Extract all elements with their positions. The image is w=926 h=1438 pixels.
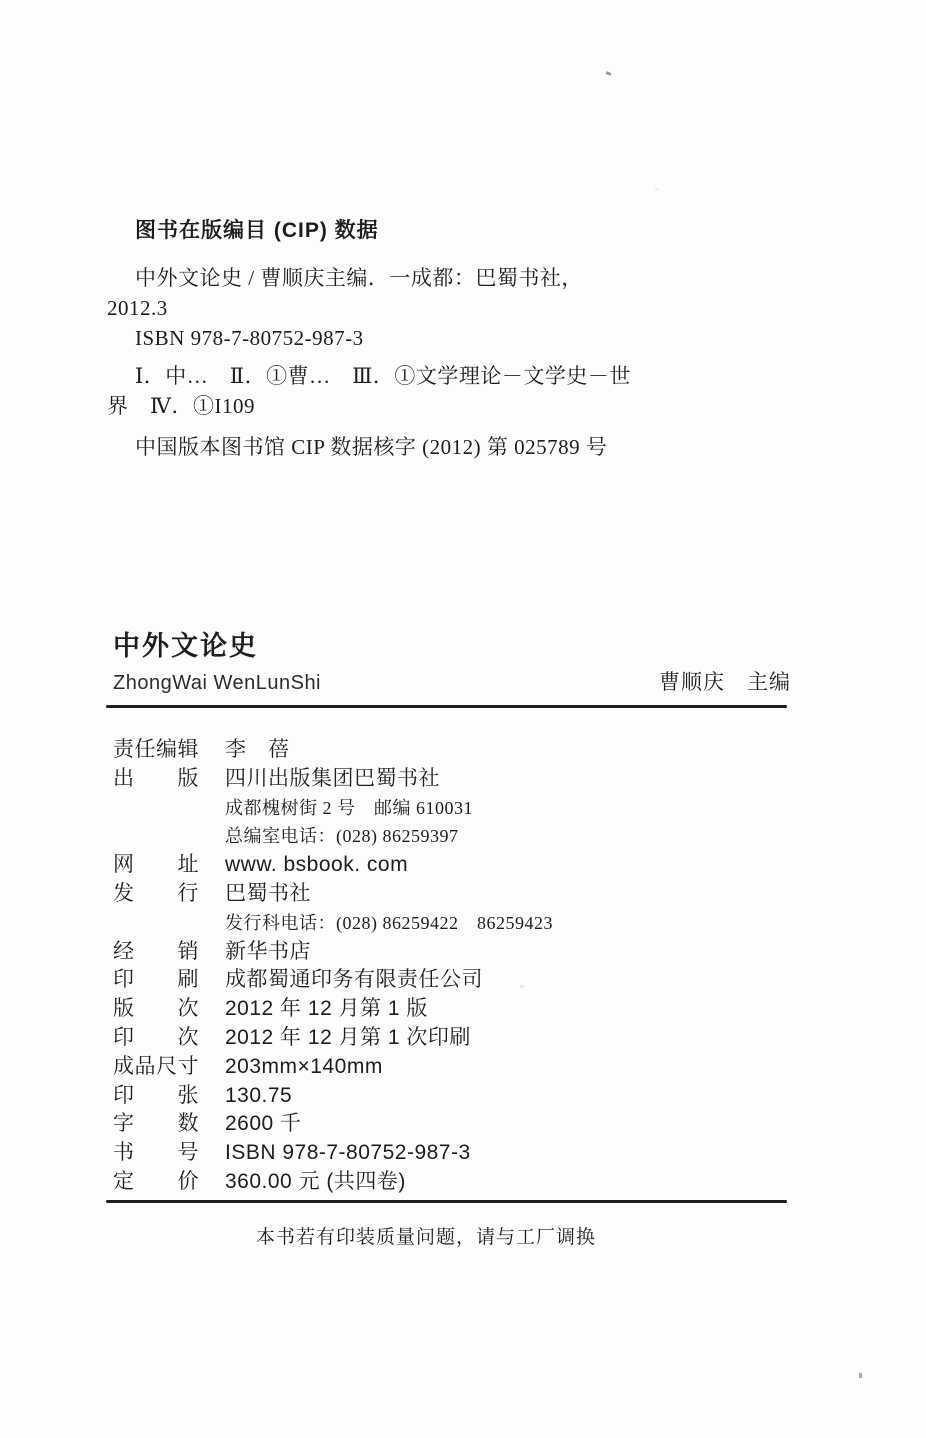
colophon-value: 130.75 <box>225 1084 292 1107</box>
colophon-row: 定 价360.00 元 (共四卷) <box>113 1168 791 1197</box>
colophon-rows: 责任编辑李 蓓出 版四川出版集团巴蜀书社成都槐树街 2 号 邮编 610031总… <box>113 736 791 1197</box>
colophon-value: 成都蜀通印务有限责任公司 <box>225 968 483 991</box>
scan-speck <box>520 985 524 988</box>
colophon-label: 网 址 <box>113 851 205 880</box>
colophon-label: 印 刷 <box>113 966 205 995</box>
scan-speck <box>859 1373 862 1378</box>
colophon-row: 印 次2012 年 12 月第 1 次印刷 <box>113 1024 791 1053</box>
colophon-value: ISBN 978-7-80752-987-3 <box>225 1141 471 1164</box>
colophon-label: 字 数 <box>113 1110 205 1139</box>
colophon-label: 成品尺寸 <box>113 1053 205 1082</box>
divider-rule-top <box>106 705 787 708</box>
colophon-row: 书 号ISBN 978-7-80752-987-3 <box>113 1139 791 1168</box>
colophon-subrow: 发行科电话：(028) 86259422 86259423 <box>113 909 791 938</box>
scan-speck <box>606 71 612 76</box>
colophon-row: 发 行巴蜀书社 <box>113 880 791 909</box>
colophon-value: 新华书店 <box>225 940 311 963</box>
colophon-subrow: 成都槐树街 2 号 邮编 610031 <box>113 794 791 823</box>
colophon-row: 网 址www. bsbook. com <box>113 851 791 880</box>
colophon-row: 印 刷成都蜀通印务有限责任公司 <box>113 966 791 995</box>
colophon-row: 成品尺寸203mm×140mm <box>113 1053 791 1082</box>
colophon-subrow: 总编室电话：(028) 86259397 <box>113 822 791 851</box>
copyright-page: 图书在版编目 (CIP) 数据 中外文论史 / 曹顺庆主编．一成都：巴蜀书社， … <box>0 0 926 1438</box>
colophon-value: 2012 年 12 月第 1 版 <box>225 997 428 1020</box>
colophon-value: 203mm×140mm <box>225 1055 383 1078</box>
colophon-value: www. bsbook. com <box>225 853 408 876</box>
cip-entry-line1: 中外文论史 / 曹顺庆主编．一成都：巴蜀书社， <box>107 263 707 293</box>
scan-speck <box>655 188 659 191</box>
colophon-label: 书 号 <box>113 1139 205 1168</box>
colophon-value: 360.00 元 (共四卷) <box>225 1170 406 1193</box>
colophon-label: 定 价 <box>113 1168 205 1197</box>
colophon-row: 责任编辑李 蓓 <box>113 736 791 765</box>
colophon-row: 经 销新华书店 <box>113 938 791 967</box>
divider-rule-bottom <box>106 1200 787 1203</box>
cip-classification-line2: 界 Ⅳ．①I109 <box>107 391 707 421</box>
colophon-value: 四川出版集团巴蜀书社 <box>225 767 440 790</box>
book-title-pinyin: ZhongWai WenLunShi <box>113 672 321 695</box>
colophon-row: 印 张130.75 <box>113 1082 791 1111</box>
colophon-row: 版 次2012 年 12 月第 1 版 <box>113 995 791 1024</box>
cip-record-line: 中国版本图书馆 CIP 数据核字 (2012) 第 025789 号 <box>107 432 707 462</box>
colophon-label: 版 次 <box>113 995 205 1024</box>
book-title: 中外文论史 <box>113 631 791 661</box>
colophon-label: 发 行 <box>113 880 205 909</box>
cip-entry-line2: 2012.3 <box>107 293 707 323</box>
colophon-label: 印 张 <box>113 1082 205 1111</box>
title-sub-row: ZhongWai WenLunShi 曹顺庆 主编 <box>113 666 791 696</box>
cip-isbn-line: ISBN 978-7-80752-987-3 <box>107 323 707 353</box>
title-block: 中外文论史 ZhongWai WenLunShi 曹顺庆 主编 <box>113 631 791 696</box>
colophon-value: 2012 年 12 月第 1 次印刷 <box>225 1026 471 1049</box>
colophon-label: 责任编辑 <box>113 736 205 765</box>
chief-editor: 曹顺庆 主编 <box>659 666 791 696</box>
cip-block: 图书在版编目 (CIP) 数据 中外文论史 / 曹顺庆主编．一成都：巴蜀书社， … <box>107 216 707 462</box>
cip-heading: 图书在版编目 (CIP) 数据 <box>107 216 707 246</box>
colophon-value: 李 蓓 <box>225 738 290 761</box>
colophon-row: 出 版四川出版集团巴蜀书社 <box>113 765 791 794</box>
colophon-label: 出 版 <box>113 765 205 794</box>
colophon-value: 巴蜀书社 <box>225 882 311 905</box>
colophon-row: 字 数2600 千 <box>113 1110 791 1139</box>
print-quality-note: 本书若有印装质量问题，请与工厂调换 <box>96 1222 756 1249</box>
colophon-value: 2600 千 <box>225 1112 302 1135</box>
colophon-label: 印 次 <box>113 1024 205 1053</box>
colophon-label: 经 销 <box>113 938 205 967</box>
cip-classification-line1: Ⅰ．中… Ⅱ．①曹… Ⅲ．①文学理论－文学史－世 <box>107 361 707 391</box>
